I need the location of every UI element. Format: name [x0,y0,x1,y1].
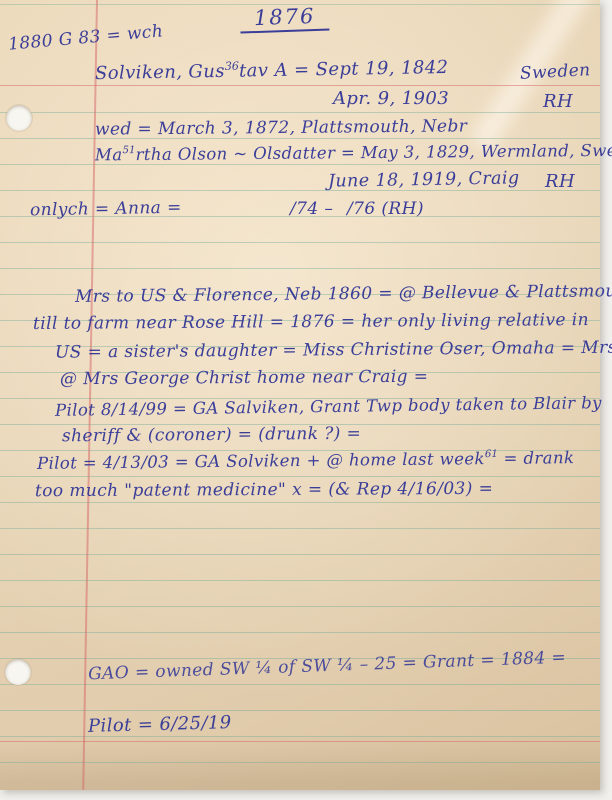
pilot-date-note: Pilot = 6/25/19 [88,712,232,737]
pilot-newspaper-note-line: sheriff & (coroner) = (drunk ?) = [62,424,361,447]
source-ref-rh-2: RH [545,171,575,192]
red-header-line [0,85,600,86]
death-date-line: Apr. 9, 1903 [333,88,449,109]
red-footer-line [0,741,600,742]
hole-punch-top [6,105,32,131]
spouse-superscript-age: 51 [122,145,135,156]
birth-country-note: Sweden [520,60,592,84]
hole-punch-bottom [5,659,31,685]
spouse-death-line: June 18, 1919, Craig [328,168,520,191]
pilot-note-superscript-age: 61 [485,449,498,460]
pilot-note-segment: = drank [498,448,575,468]
pilot-newspaper-note-line: too much "patent medicine" x = (& Rep 4/… [35,479,493,501]
scanned-page-background: 1876 1880 G 83 = wch Solviken, Gus36tav … [0,0,612,800]
marriage-line: wed = March 3, 1872, Plattsmouth, Nebr [95,116,467,139]
page-title-year: 1876 [240,3,330,33]
child-birth-year: /74 – [290,199,333,219]
subject-name-birth-line: Solviken, Gus36tav A = Sept 19, 1842 [95,57,449,84]
source-ref-rh-1: RH [543,91,573,112]
name-superscript-age: 36 [225,59,239,72]
biography-line: @ Mrs George Christ home near Craig = [60,367,429,390]
paper-sheet: 1876 1880 G 83 = wch Solviken, Gus36tav … [0,0,600,790]
biography-line: till to farm near Rose Hill = 1876 = her… [33,310,589,334]
corner-census-note: 1880 G 83 = wch [7,21,164,54]
spouse-segment: Ma [95,145,123,164]
name-segment: tav A = Sept 19, 1842 [239,57,449,82]
name-segment: Solviken, Gus [95,61,225,84]
child-death-year: /76 (RH) [347,199,424,219]
only-child-label: onlych = Anna = [30,198,182,221]
